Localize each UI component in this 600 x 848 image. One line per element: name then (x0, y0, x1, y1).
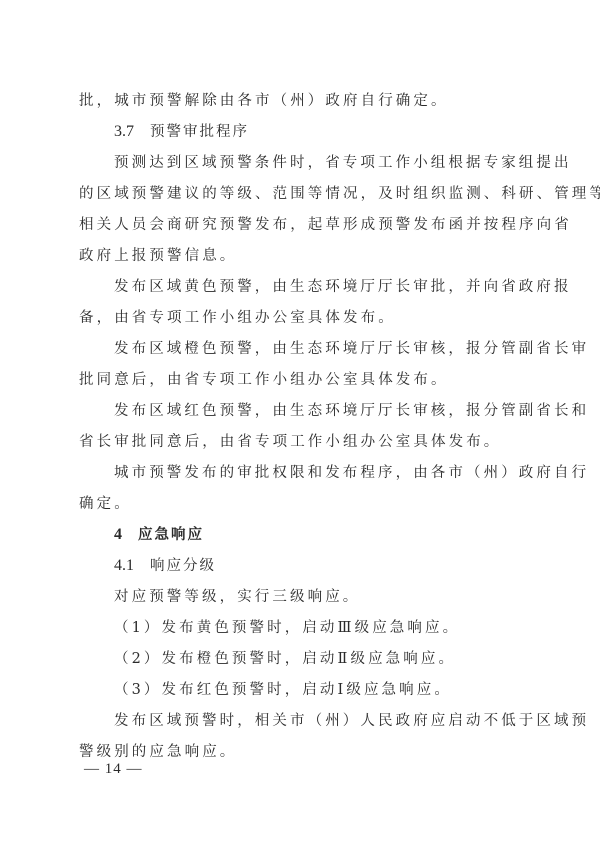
paragraph-line: 对应预警等级，实行三级响应。 (114, 587, 559, 607)
section-title: 应急响应 (138, 526, 204, 543)
paragraph-line: 政府上报预警信息。 (79, 246, 524, 266)
paragraph-line: 发布区域橙色预警，由生态环境厅厅长审核，报分管副省长审 (114, 339, 559, 359)
section-number: 4 (114, 525, 122, 545)
paragraph-line: 发布区域红色预警，由生态环境厅厅长审核，报分管副省长和 (114, 401, 559, 421)
paragraph-line: 确定。 (79, 494, 524, 514)
section-title: 预警审批程序 (150, 124, 249, 140)
paragraph-line: 批同意后，由省专项工作小组办公室具体发布。 (79, 370, 524, 390)
page-number: — 14 — (84, 761, 143, 778)
section-title: 响应分级 (150, 558, 216, 574)
paragraph-line: 警级别的应急响应。 (79, 742, 524, 762)
list-item: （3）发布红色预警时，启动Ⅰ级应急响应。 (114, 680, 559, 700)
paragraph-line: 发布区域预警时，相关市（州）人民政府应启动不低于区域预 (114, 711, 559, 731)
document-page: 批，城市预警解除由各市（州）政府自行确定。 3.7预警审批程序 预测达到区域预警… (0, 0, 600, 848)
paragraph-line: 批，城市预警解除由各市（州）政府自行确定。 (79, 91, 524, 111)
section-heading-4: 4应急响应 (114, 525, 559, 545)
paragraph-line: 相关人员会商研究预警发布，起草形成预警发布函并按程序向省 (79, 215, 524, 235)
section-heading-3-7: 3.7预警审批程序 (114, 122, 559, 142)
paragraph-line: 城市预警发布的审批权限和发布程序，由各市（州）政府自行 (114, 463, 559, 483)
section-number: 4.1 (114, 556, 134, 576)
list-item: （1）发布黄色预警时，启动Ⅲ级应急响应。 (114, 618, 559, 638)
paragraph-line: 省长审批同意后，由省专项工作小组办公室具体发布。 (79, 432, 524, 452)
paragraph-line: 的区域预警建议的等级、范围等情况，及时组织监测、科研、管理等 (79, 184, 524, 204)
paragraph-line: 备，由省专项工作小组办公室具体发布。 (79, 308, 524, 328)
section-number: 3.7 (114, 122, 134, 142)
paragraph-line: 发布区域黄色预警，由生态环境厅厅长审批，并向省政府报 (114, 277, 559, 297)
section-heading-4-1: 4.1响应分级 (114, 556, 559, 576)
list-item: （2）发布橙色预警时，启动Ⅱ级应急响应。 (114, 649, 559, 669)
paragraph-line: 预测达到区域预警条件时，省专项工作小组根据专家组提出 (114, 153, 559, 173)
